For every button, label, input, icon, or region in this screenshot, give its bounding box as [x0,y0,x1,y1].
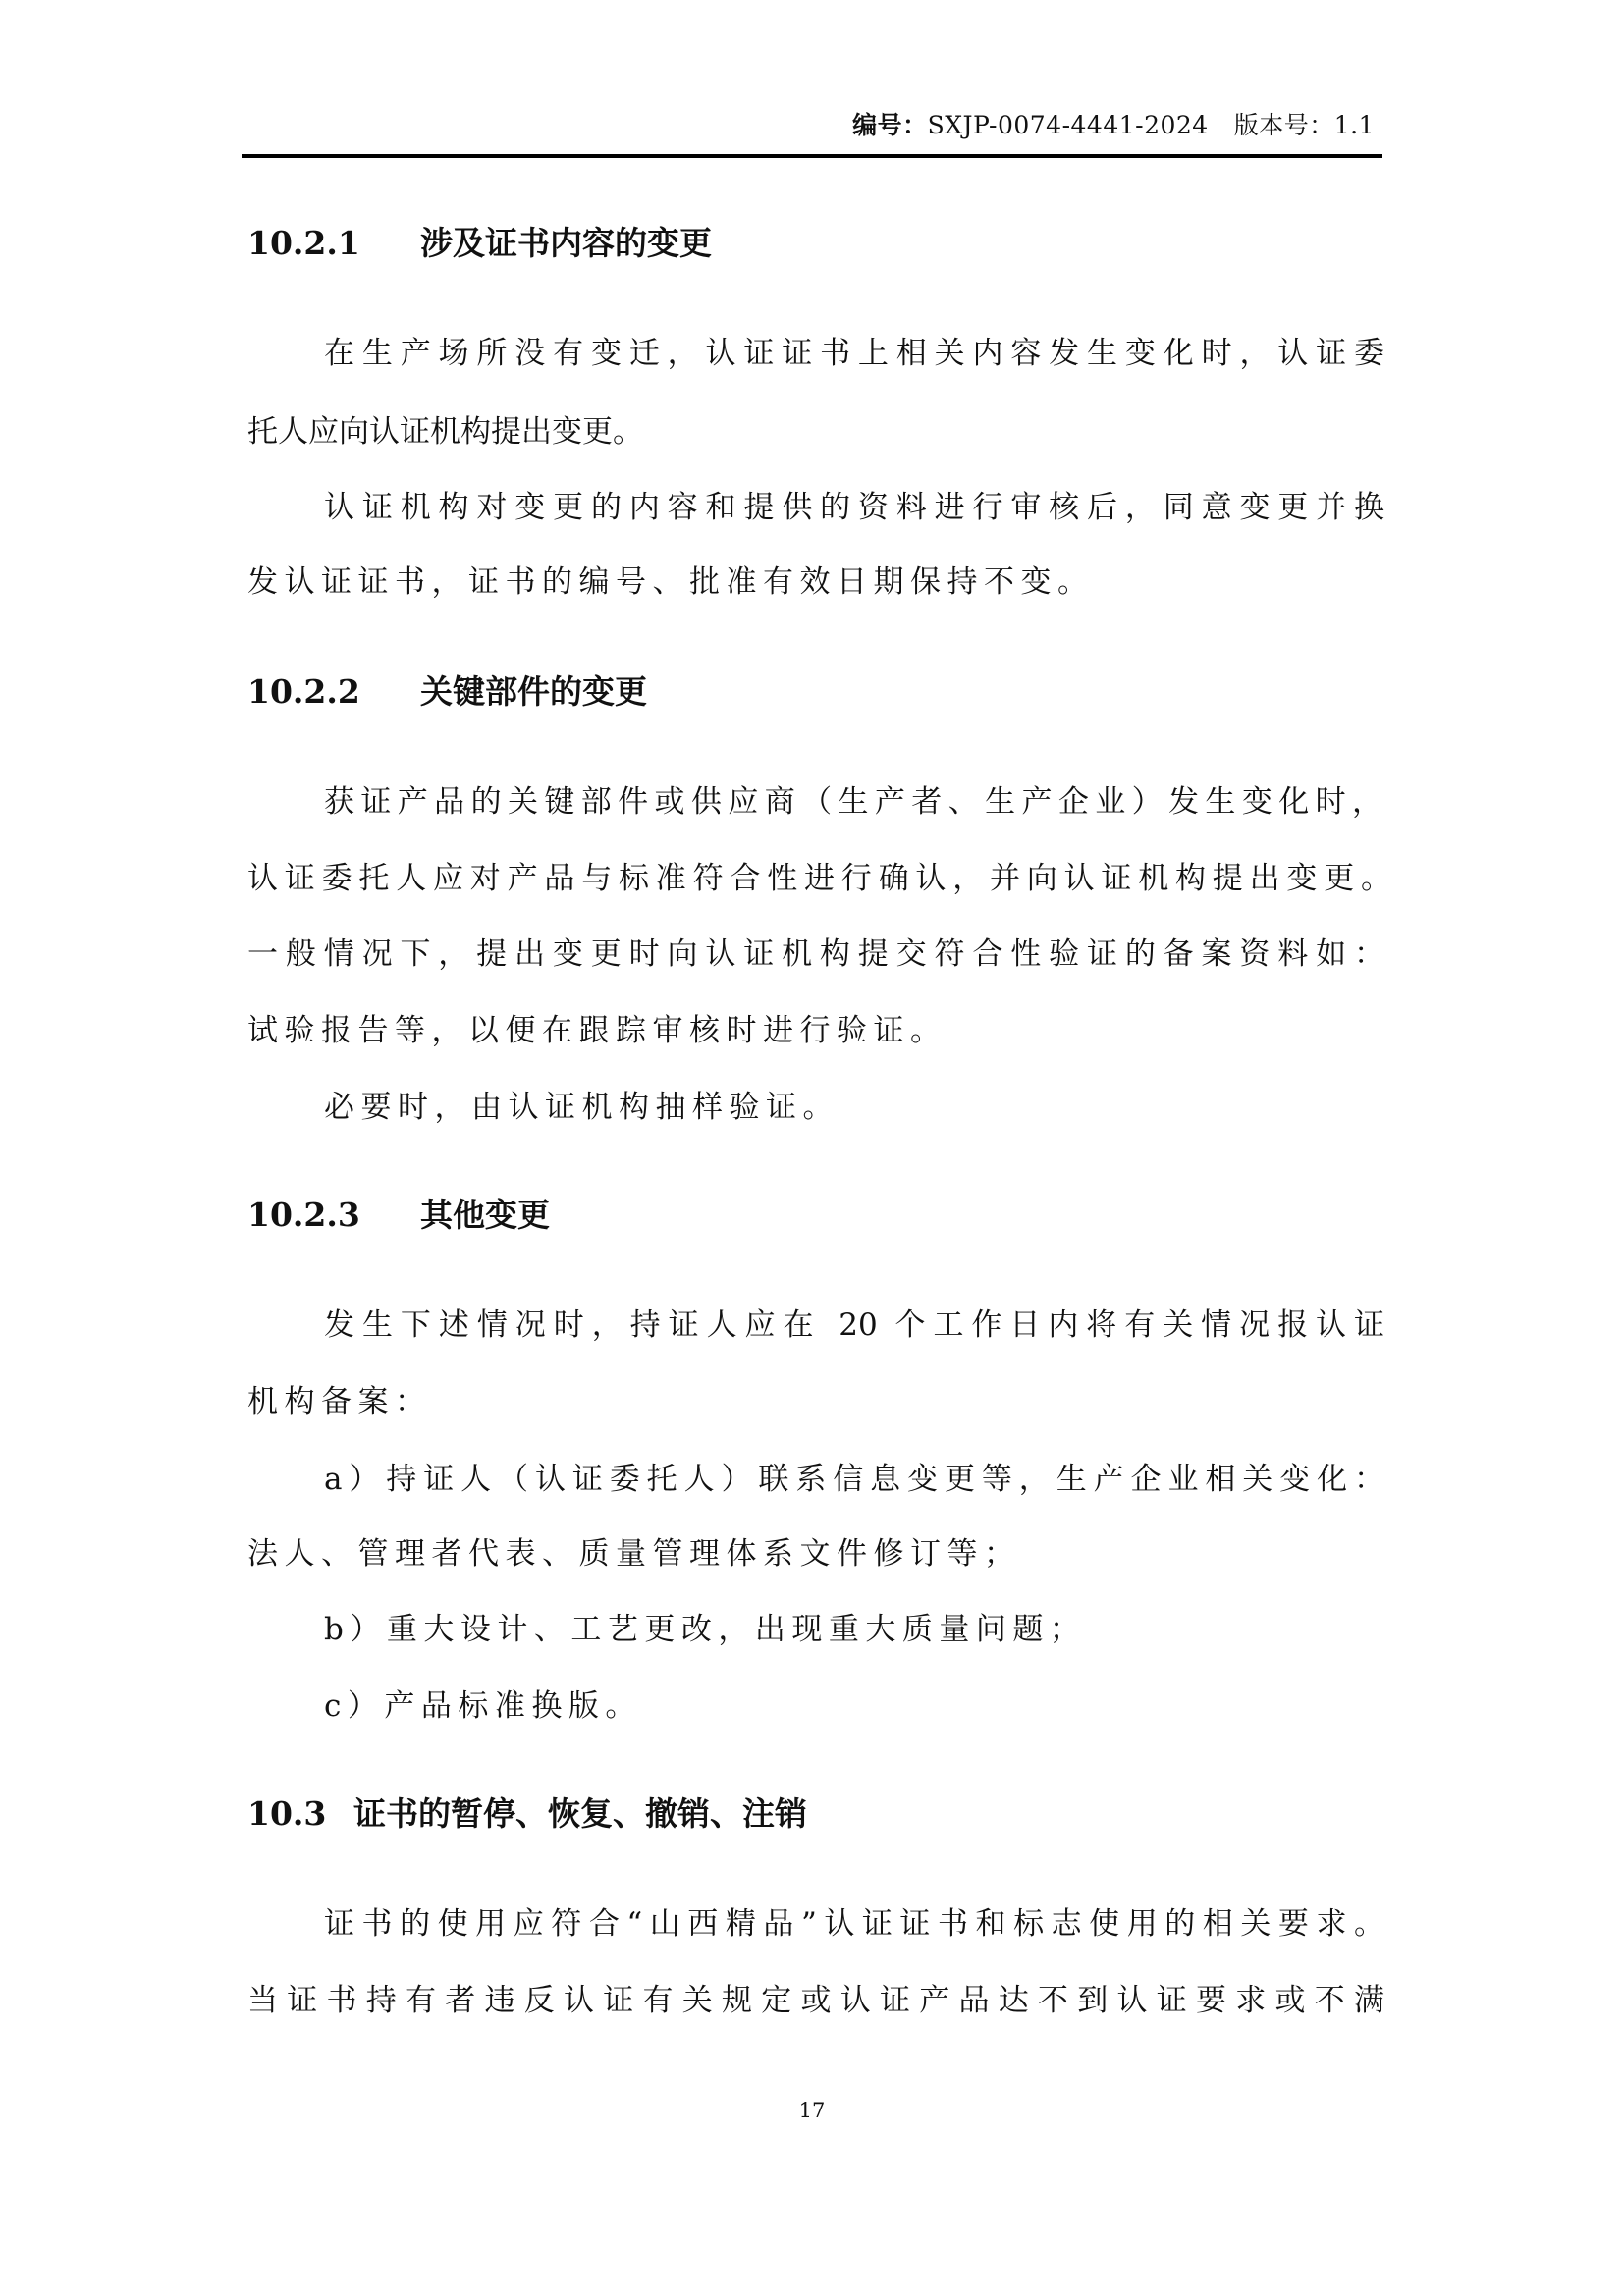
paragraph-line: 机构备案： [247,1380,432,1423]
document-code-value: SXJP-0074-4441-2024 [928,111,1209,139]
section-heading-10-2-3: 10.2.3其他变更 [247,1194,550,1237]
version-label: 版本号： [1234,111,1334,139]
page-number: 17 [0,2097,1624,2124]
section-heading-10-2-2: 10.2.2关键部件的变更 [247,670,647,714]
section-title: 其他变更 [420,1196,550,1234]
paragraph-line: 发认证证书，证书的编号、批准有效日期保持不变。 [247,561,1095,604]
section-title: 涉及证书内容的变更 [420,224,712,262]
section-title: 证书的暂停、恢复、撤销、注销 [353,1794,807,1833]
section-number: 10.2.3 [247,1194,420,1237]
section-number: 10.3 [247,1792,353,1836]
section-heading-10-3: 10.3证书的暂停、恢复、撤销、注销 [247,1792,807,1836]
section-title: 关键部件的变更 [420,672,647,711]
paragraph-line: 试验报告等，以便在跟踪审核时进行验证。 [247,1009,947,1052]
version-value: 1.1 [1334,111,1375,139]
section-heading-10-2-1: 10.2.1涉及证书内容的变更 [247,222,712,265]
paragraph-line: 在生产场所没有变迁，认证证书上相关内容发生变化时，认证委 [324,332,1384,375]
paragraph-line: 当证书持有者违反认证有关规定或认证产品达不到认证要求或不满 [247,1979,1384,2022]
section-number: 10.2.2 [247,670,420,714]
paragraph-line: 托人应向认证机构提出变更。 [247,410,643,454]
document-code-label: 编号： [852,111,928,139]
header-rule [242,154,1382,158]
paragraph-line: 认证委托人应对产品与标准符合性进行确认，并向认证机构提出变更。 [247,857,1391,900]
paragraph-line: 获证产品的关键部件或供应商（生产者、生产企业）发生变化时， [324,780,1382,824]
paragraph-line: 必要时，由认证机构抽样验证。 [324,1086,839,1129]
page-header: 编号：SXJP-0074-4441-2024版本号：1.1 [852,110,1375,141]
list-item-c: c）产品标准换版。 [324,1684,642,1728]
paragraph-line: 一般情况下，提出变更时向认证机构提交符合性验证的备案资料如： [247,933,1384,976]
list-item-a: a）持证人（认证委托人）联系信息变更等，生产企业相关变化： [324,1458,1384,1501]
document-page: 编号：SXJP-0074-4441-2024版本号：1.1 10.2.1涉及证书… [0,0,1624,2296]
list-item-b: b）重大设计、工艺更改，出现重大质量问题； [324,1608,1086,1651]
paragraph-line: 法人、管理者代表、质量管理体系文件修订等； [247,1532,1021,1575]
paragraph-line: 发生下述情况时，持证人应在 20 个工作日内将有关情况报认证 [324,1304,1384,1347]
section-number: 10.2.1 [247,222,420,265]
paragraph-line: 认证机构对变更的内容和提供的资料进行审核后，同意变更并换 [324,486,1384,529]
paragraph-line: 证书的使用应符合“山西精品”认证证书和标志使用的相关要求。 [324,1902,1384,1946]
